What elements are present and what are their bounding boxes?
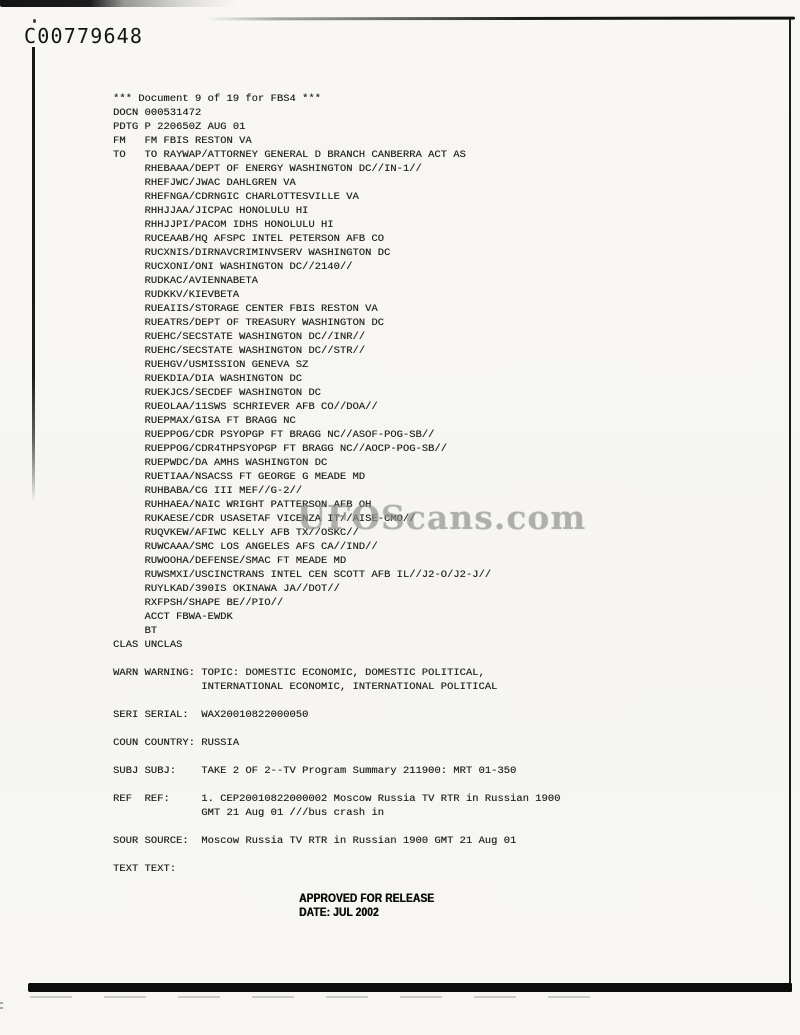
scan-artifact-top-smudge: [0, 0, 238, 7]
scan-artifact-top-line: [205, 17, 795, 21]
document-body: *** Document 9 of 19 for FBS4 *** DOCN 0…: [113, 92, 560, 876]
scan-artifact-bottom-shadow: [30, 996, 620, 998]
scan-artifact-dot: [33, 19, 36, 23]
approval-stamp: APPROVED FOR RELEASE DATE: JUL 2002: [299, 892, 434, 920]
scan-artifact-bottom-bar: [28, 983, 792, 992]
stamp-date-line: DATE: JUL 2002: [299, 906, 434, 920]
scan-artifact-left-speck: [0, 1002, 3, 1012]
scanned-document-page: C00779648 *** Document 9 of 19 for FBS4 …: [0, 0, 800, 1035]
stamp-approved-line: APPROVED FOR RELEASE: [299, 892, 434, 906]
document-id: C00779648: [24, 24, 143, 48]
scan-artifact-right-line: [789, 19, 791, 991]
scan-artifact-left-line: [32, 47, 35, 502]
